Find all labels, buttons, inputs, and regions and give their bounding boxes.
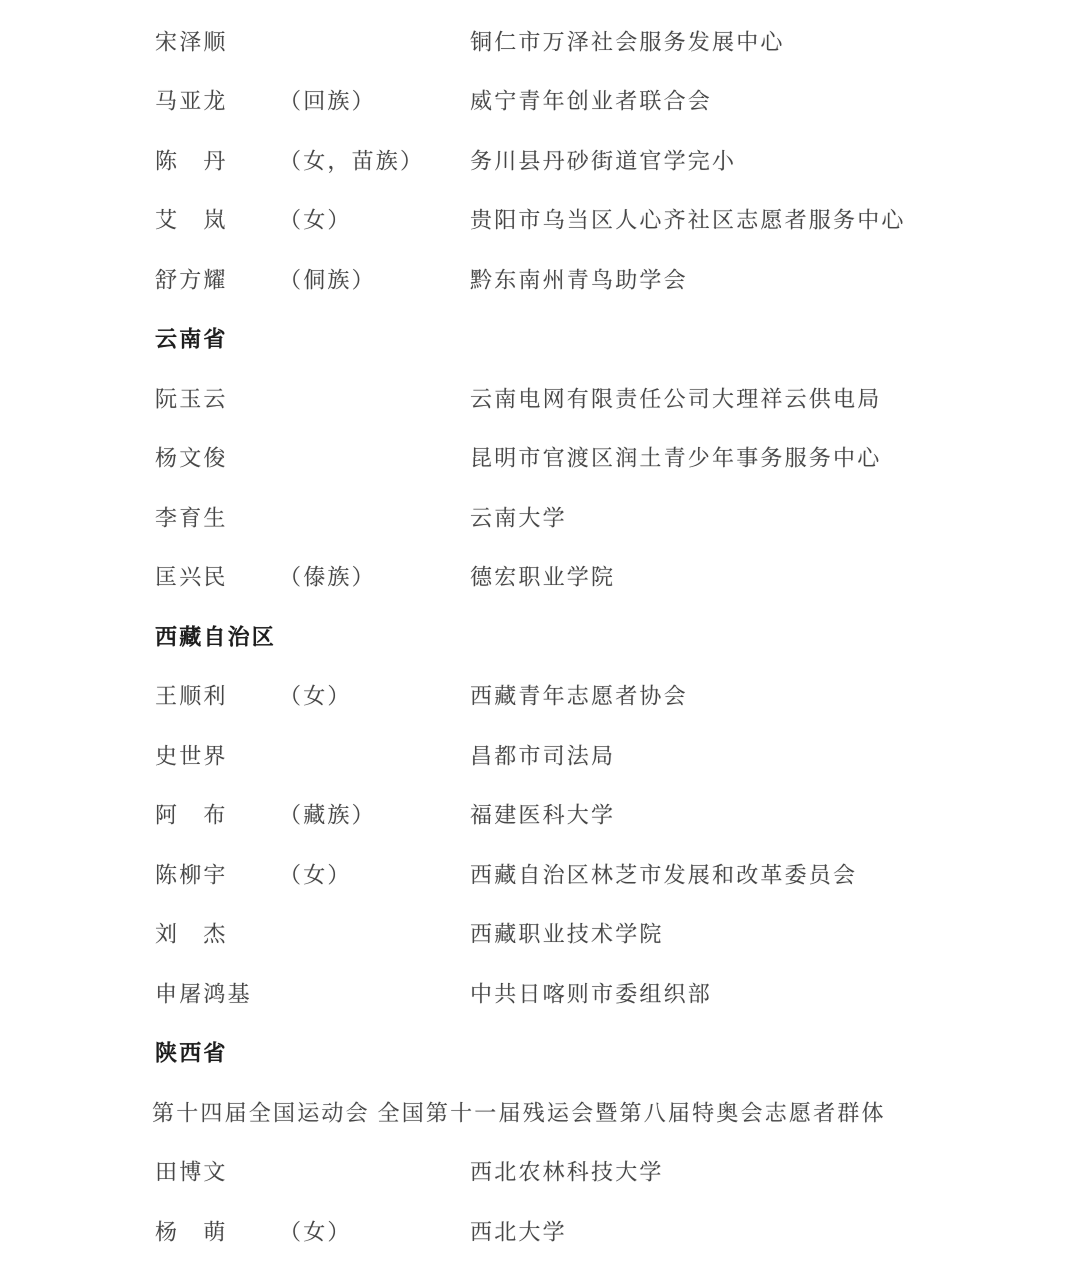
entry-name: 宋泽顺 [155, 25, 228, 56]
entry-row: 申屠鸿基 中共日喀则市委组织部 [0, 963, 1080, 1023]
entry-row: 马亚龙 （回族） 威宁青年创业者联合会 [0, 71, 1080, 131]
province-header-row: 云南省 [0, 309, 1080, 369]
entry-row: 艾 岚 （女） 贵阳市乌当区人心齐社区志愿者服务中心 [0, 190, 1080, 250]
entry-organization: 德宏职业学院 [470, 561, 615, 592]
province-header: 西藏自治区 [155, 620, 276, 651]
entry-row: 李育生 云南大学 [0, 487, 1080, 547]
entry-name: 田博文 [155, 1156, 228, 1187]
entry-organization: 西藏青年志愿者协会 [470, 680, 688, 711]
entry-row: 舒方耀 （侗族） 黔东南州青鸟助学会 [0, 249, 1080, 309]
province-header-row: 陕西省 [0, 1023, 1080, 1083]
entry-row: 史世界 昌都市司法局 [0, 725, 1080, 785]
entry-name: 阮玉云 [155, 382, 228, 413]
entry-row: 杨 萌 （女） 西北大学 [0, 1201, 1080, 1261]
entry-row: 刘 杰 西藏职业技术学院 [0, 904, 1080, 964]
entry-name: 陈柳宇 [155, 858, 228, 889]
group-entry-row: 第十四届全国运动会 全国第十一届残运会暨第八届特奥会志愿者群体 [0, 1082, 1080, 1142]
entry-name: 杨文俊 [155, 442, 228, 473]
entry-row: 阮玉云 云南电网有限责任公司大理祥云供电局 [0, 368, 1080, 428]
entry-row: 匡兴民 （傣族） 德宏职业学院 [0, 547, 1080, 607]
entry-note: （侗族） [279, 263, 376, 294]
entry-organization: 昆明市官渡区润土青少年事务服务中心 [470, 442, 881, 473]
entry-organization: 务川县丹砂街道官学完小 [470, 144, 736, 175]
entry-name: 史世界 [155, 739, 228, 770]
entry-organization: 铜仁市万泽社会服务发展中心 [470, 25, 785, 56]
entry-row: 陈 丹 （女，苗族） 务川县丹砂街道官学完小 [0, 130, 1080, 190]
province-header-row: 西藏自治区 [0, 606, 1080, 666]
group-entry-text: 第十四届全国运动会 全国第十一届残运会暨第八届特奥会志愿者群体 [152, 1096, 886, 1127]
province-header: 陕西省 [155, 1037, 228, 1068]
entry-name: 李育生 [155, 501, 228, 532]
entry-name: 阿 布 [155, 799, 228, 830]
entry-name: 舒方耀 [155, 263, 228, 294]
entry-organization: 贵阳市乌当区人心齐社区志愿者服务中心 [470, 204, 906, 235]
entry-organization: 昌都市司法局 [470, 739, 615, 770]
province-header: 云南省 [155, 323, 228, 354]
entry-name: 马亚龙 [155, 85, 228, 116]
entry-note: （回族） [279, 85, 376, 116]
entry-note: （女） [279, 680, 352, 711]
entry-organization: 西北农林科技大学 [470, 1156, 664, 1187]
entry-note: （女） [279, 204, 352, 235]
entry-organization: 云南大学 [470, 501, 567, 532]
entry-row: 杨文俊 昆明市官渡区润土青少年事务服务中心 [0, 428, 1080, 488]
entry-row: 阿 布 （藏族） 福建医科大学 [0, 785, 1080, 845]
entry-organization: 福建医科大学 [470, 799, 615, 830]
document-page: 宋泽顺 铜仁市万泽社会服务发展中心 马亚龙 （回族） 威宁青年创业者联合会 陈 … [0, 0, 1080, 1280]
entry-row: 宋泽顺 铜仁市万泽社会服务发展中心 [0, 11, 1080, 71]
entry-organization: 中共日喀则市委组织部 [470, 977, 712, 1008]
entry-row: 王顺利 （女） 西藏青年志愿者协会 [0, 666, 1080, 726]
entry-name: 刘 杰 [155, 918, 228, 949]
entry-note: （女） [279, 1215, 352, 1246]
entry-note: （傣族） [279, 561, 376, 592]
entry-organization: 黔东南州青鸟助学会 [470, 263, 688, 294]
entry-organization: 西藏自治区林芝市发展和改革委员会 [470, 858, 857, 889]
entry-name: 陈 丹 [155, 144, 228, 175]
entry-name: 申屠鸿基 [155, 977, 252, 1008]
entry-name: 艾 岚 [155, 204, 228, 235]
entry-name: 杨 萌 [155, 1215, 228, 1246]
entry-note: （女） [279, 858, 352, 889]
entry-row: 田博文 西北农林科技大学 [0, 1142, 1080, 1202]
entry-organization: 云南电网有限责任公司大理祥云供电局 [470, 382, 881, 413]
entry-note: （藏族） [279, 799, 376, 830]
entry-name: 匡兴民 [155, 561, 228, 592]
entry-note: （女，苗族） [279, 144, 424, 175]
entry-organization: 威宁青年创业者联合会 [470, 85, 712, 116]
entry-organization: 西北大学 [470, 1215, 567, 1246]
entry-organization: 西藏职业技术学院 [470, 918, 664, 949]
entry-name: 王顺利 [155, 680, 228, 711]
entry-row: 陈柳宇 （女） 西藏自治区林芝市发展和改革委员会 [0, 844, 1080, 904]
